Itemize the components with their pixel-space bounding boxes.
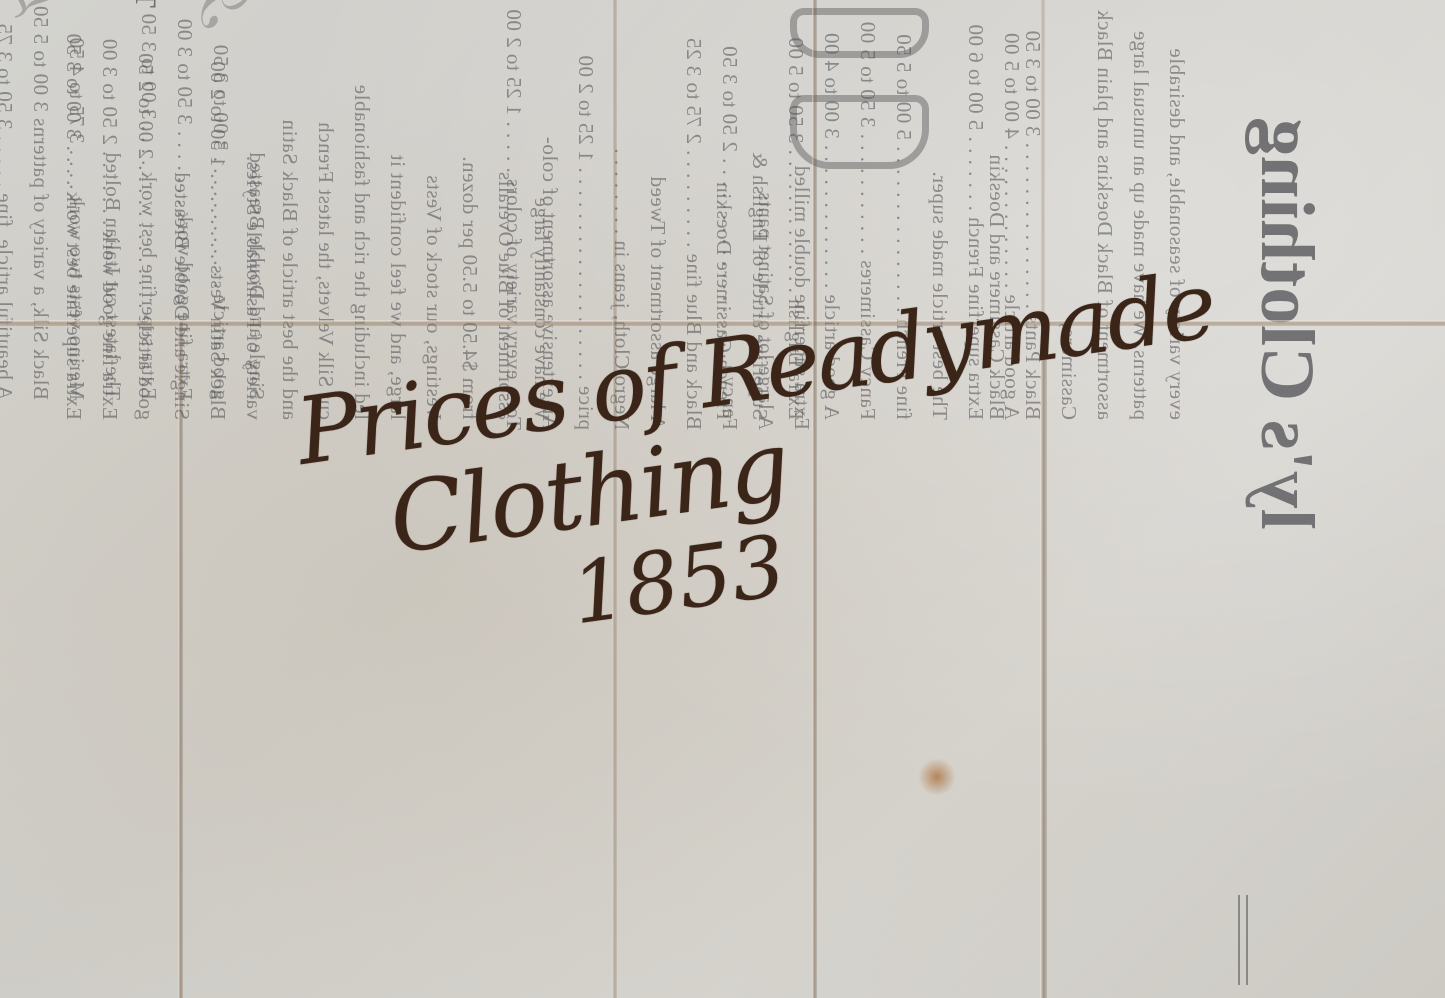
printed-section-far-left: Single and Double Breasted good article … xyxy=(0,5,275,400)
document-photo: 𝒮 ℰ ℒ TAILOR ly's Clothing every variety… xyxy=(0,0,1445,998)
print-line: cut Silk Velvets, the latest French xyxy=(308,33,344,420)
print-line: good article . . . . . . . . . . . . 3 0… xyxy=(203,5,239,400)
print-line: Merino vests two work . . . . 3 75 to 4 … xyxy=(59,5,95,400)
print-line: Black Silk, a variety of patterns 3 00 t… xyxy=(23,5,59,400)
print-line: and the best article of Black Satin xyxy=(272,33,308,420)
rust-stain xyxy=(918,758,956,796)
print-line: The latest cut Italian Bolted xyxy=(95,5,131,400)
print-line: Extra fine good work . . . . . . . 3 50 … xyxy=(167,5,203,400)
print-line: Single and Double Breasted xyxy=(239,5,275,400)
fold-line-vertical-1 xyxy=(178,322,183,998)
print-line: led including the rich and fashionable xyxy=(344,33,380,420)
headline-double-rule xyxy=(1238,895,1248,985)
print-line: A beautiful article, fine . . . . . 3 50… xyxy=(0,5,23,400)
print-line: Extra superfine best work . . . . 3 00 t… xyxy=(131,5,167,400)
